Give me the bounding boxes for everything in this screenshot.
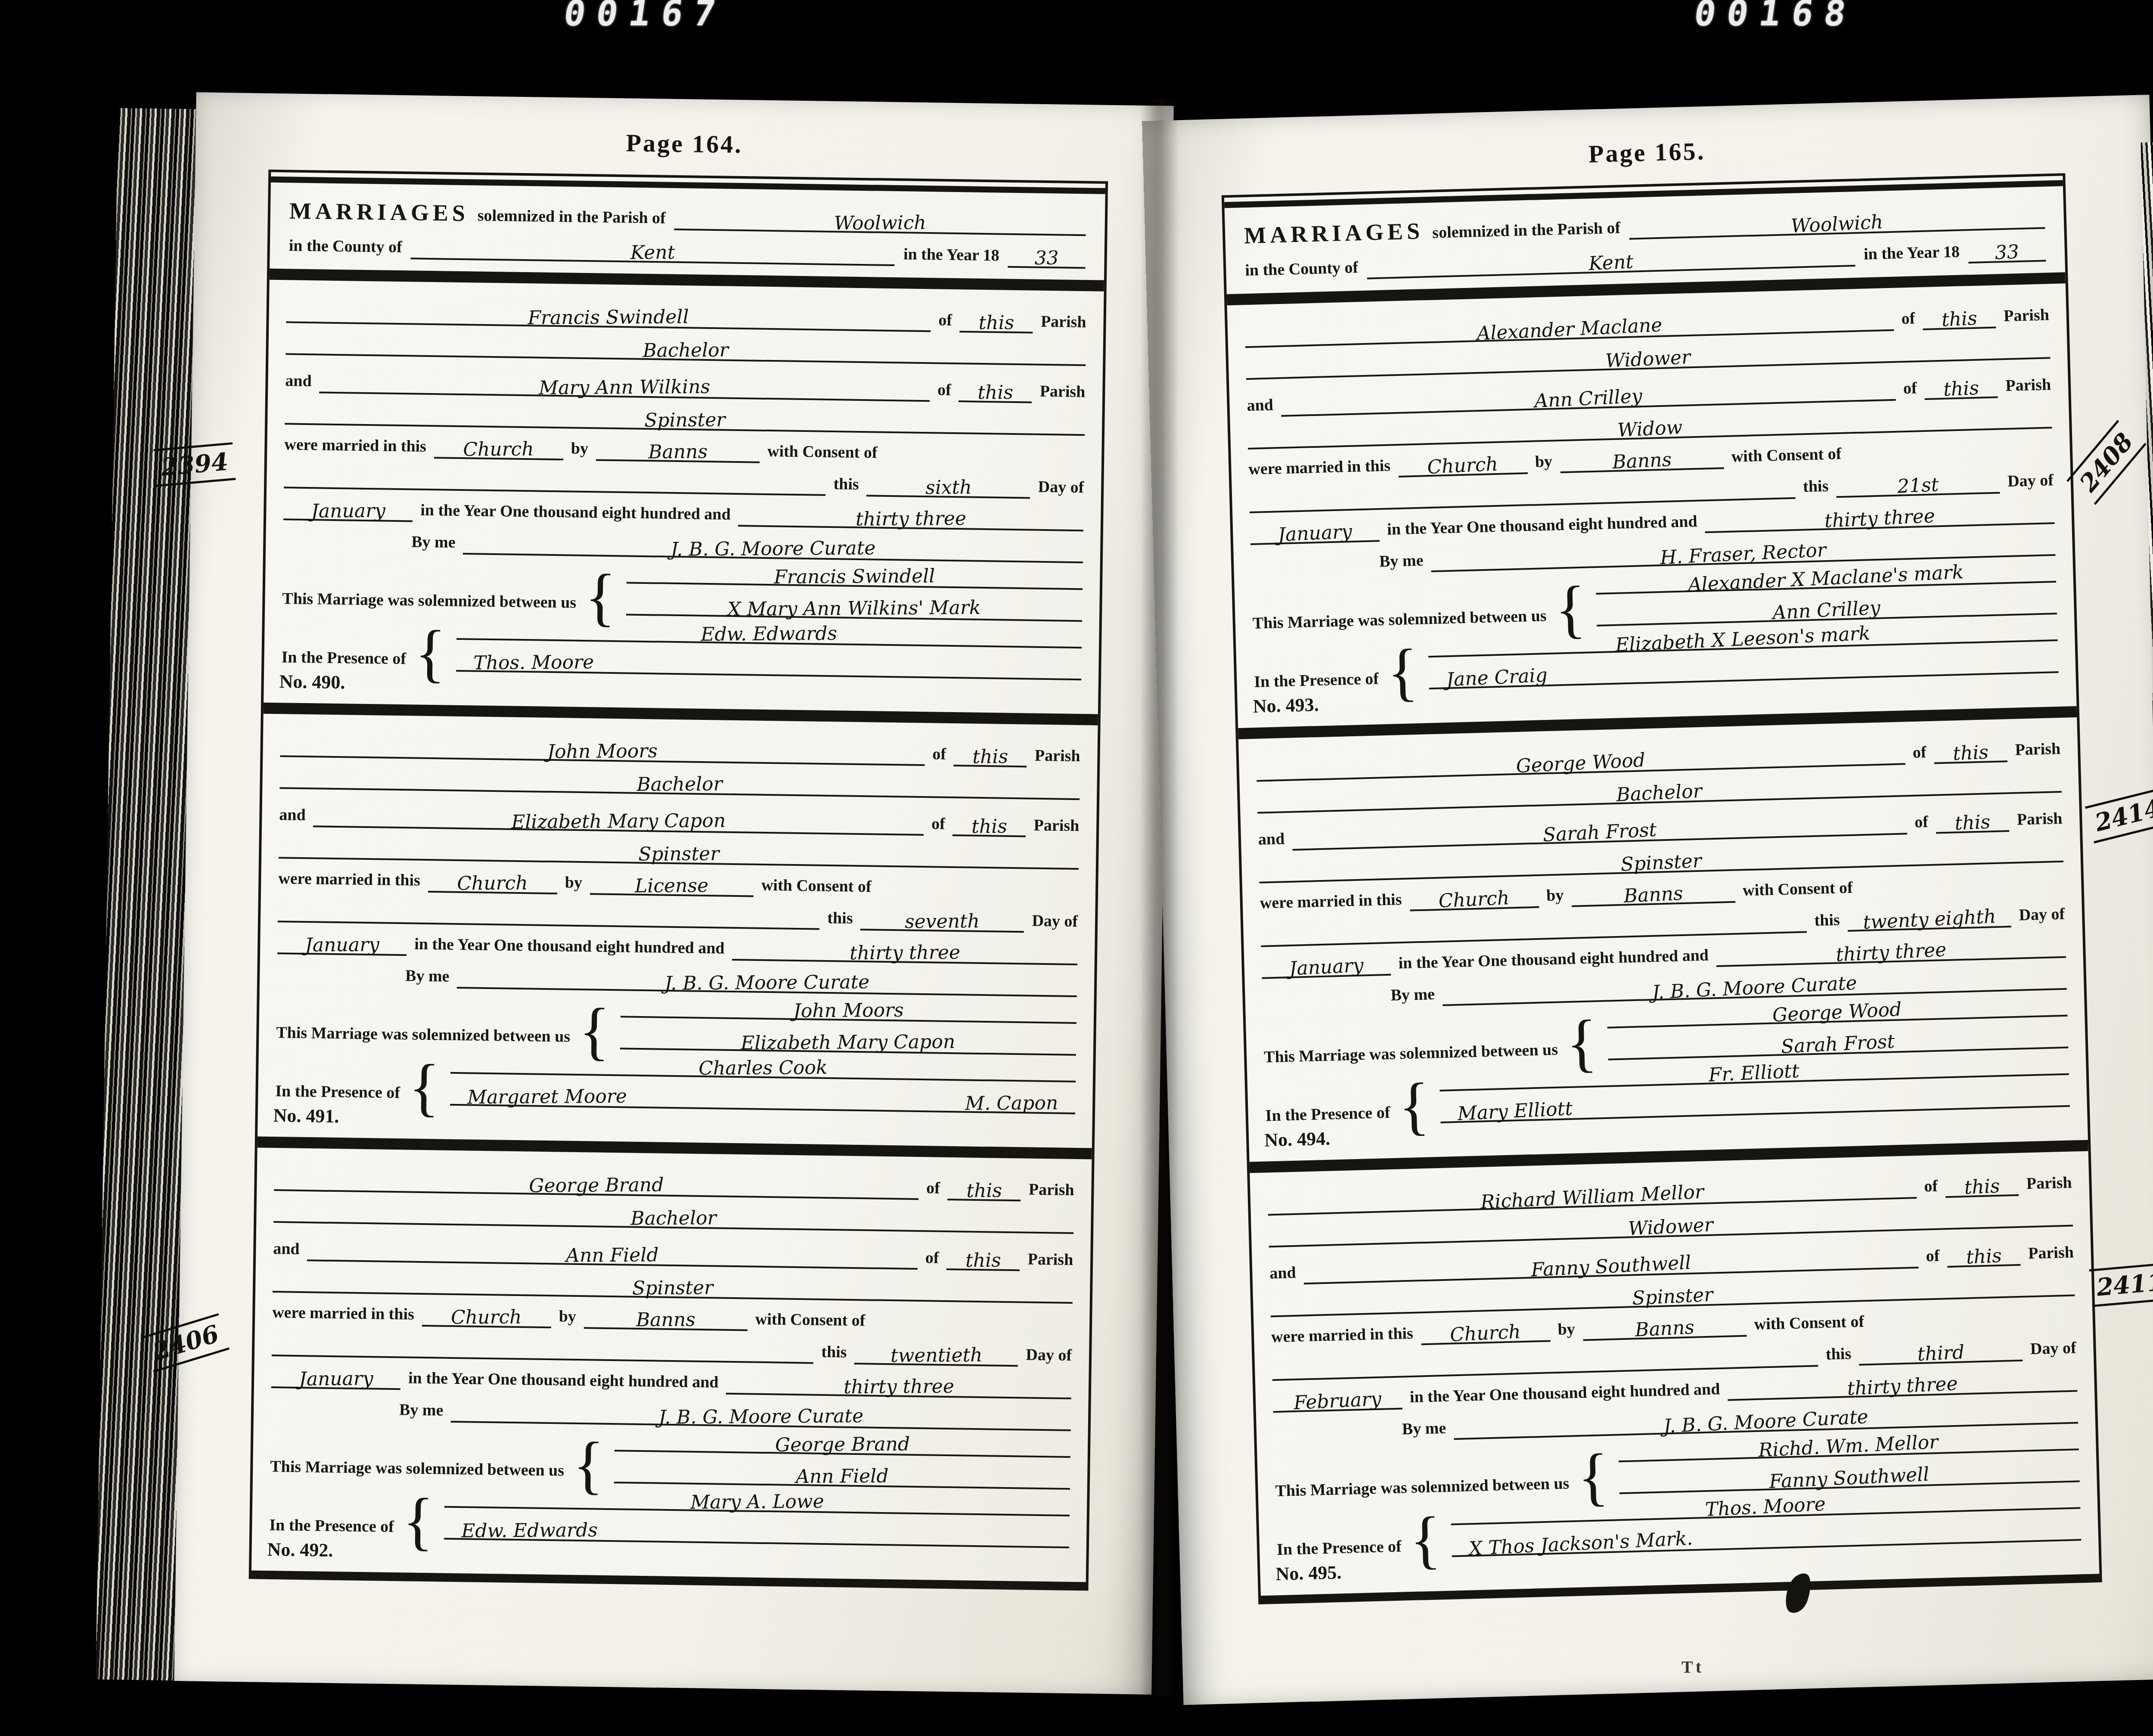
label-parish: Parish bbox=[1029, 1180, 1074, 1202]
marriage-month: January bbox=[1277, 521, 1353, 546]
label-in-presence: In the Presence of bbox=[1254, 669, 1379, 694]
margin-number-2411: 2411 bbox=[2089, 1262, 2153, 1307]
register-page-164: Page 164. MARRIAGES solemnized in the Pa… bbox=[174, 92, 1173, 1694]
marriage-day: third bbox=[1917, 1341, 1965, 1365]
label-were-married: were married in this bbox=[1248, 456, 1391, 481]
label-solemnized: solemnized in the Parish of bbox=[478, 206, 666, 230]
label-marriages: MARRIAGES bbox=[1244, 217, 1424, 250]
married-in-blank: Church bbox=[434, 437, 564, 460]
groom-signature: George Brand bbox=[775, 1433, 910, 1456]
label-in-presence: In the Presence of bbox=[1265, 1103, 1390, 1128]
witnesses-row: In the Presence of { Edw. Edwards Thos. … bbox=[281, 611, 1082, 680]
register-header: MARRIAGES solemnized in the Parish of Wo… bbox=[270, 183, 1105, 280]
label-were-married: were married in this bbox=[278, 869, 420, 893]
marriage-entry: George Brand of this Parish Bachelor and… bbox=[251, 1137, 1092, 1582]
year-blank: 33 bbox=[1008, 247, 1086, 269]
married-by: Banns bbox=[1612, 449, 1672, 473]
parish-blank: Woolwich bbox=[1629, 208, 2045, 239]
label-year: in the Year 18 bbox=[1864, 242, 1960, 267]
married-by: Banns bbox=[1635, 1316, 1695, 1341]
marriage-month: January bbox=[311, 500, 385, 522]
groom-name: George Brand bbox=[529, 1174, 664, 1197]
label-and: and bbox=[1258, 829, 1285, 852]
day-blank: seventh bbox=[860, 909, 1024, 933]
parish-name: Woolwich bbox=[834, 212, 926, 234]
county-blank: Kent bbox=[1367, 245, 1855, 279]
label-county: in the County of bbox=[289, 236, 403, 259]
bride-condition: Widow bbox=[1617, 416, 1683, 441]
married-by-blank: Banns bbox=[596, 440, 760, 463]
page-title: Page 165. bbox=[1143, 125, 2151, 180]
witness-2-blank: Edw. Edwards bbox=[444, 1513, 1070, 1548]
margin-number-2394: 2394 bbox=[154, 442, 236, 487]
bride-parish: this bbox=[977, 381, 1013, 404]
entry-number: No. 495. bbox=[1275, 1561, 1342, 1587]
married-in: Church bbox=[1438, 887, 1510, 912]
label-parish: Parish bbox=[2028, 1243, 2074, 1266]
day-blank: sixth bbox=[866, 475, 1030, 499]
marriage-month: January bbox=[1288, 955, 1364, 980]
label-parish: Parish bbox=[2016, 809, 2063, 832]
couple-signatures: Francis Swindell X Mary Ann Wilkins' Mar… bbox=[626, 557, 1083, 622]
groom-condition: Widower bbox=[1605, 346, 1691, 372]
label-and: and bbox=[279, 805, 306, 827]
witnesses-row: In the Presence of { Charles Cook Margar… bbox=[275, 1045, 1076, 1114]
entry-number: No. 493. bbox=[1253, 694, 1319, 720]
groom-condition: Bachelor bbox=[1616, 780, 1703, 806]
marriage-day: sixth bbox=[925, 476, 972, 499]
label-parish: Parish bbox=[1033, 816, 1079, 838]
label-this: this bbox=[1825, 1344, 1851, 1367]
label-of: of bbox=[1914, 812, 1929, 834]
brace-glyph: { bbox=[573, 1440, 605, 1489]
bride-parish: this bbox=[965, 1249, 1001, 1272]
groom-parish-blank: this bbox=[1945, 1175, 2019, 1198]
bride-name: Elizabeth Mary Capon bbox=[511, 809, 726, 833]
label-by-me: By me bbox=[1402, 1419, 1446, 1441]
married-by: Banns bbox=[648, 441, 707, 463]
catchword: Tt bbox=[1681, 1657, 1704, 1677]
label-of: of bbox=[938, 310, 952, 332]
brace-glyph: { bbox=[1387, 647, 1419, 696]
groom-parish: this bbox=[1941, 307, 1978, 331]
groom-name: Francis Swindell bbox=[528, 306, 689, 329]
marriage-entry: Richard William Mellor of this Parish Wi… bbox=[1250, 1140, 2100, 1596]
brace-glyph: { bbox=[579, 1006, 611, 1055]
register-page-165: Page 165. MARRIAGES solemnized in the Pa… bbox=[1142, 95, 2153, 1705]
label-with-consent: with Consent of bbox=[755, 1310, 866, 1333]
header-line-1: MARRIAGES solemnized in the Parish of Wo… bbox=[289, 197, 1086, 236]
marriage-month: January bbox=[305, 934, 379, 956]
header-line-1: MARRIAGES solemnized in the Parish of Wo… bbox=[1244, 201, 2045, 250]
label-of: of bbox=[1924, 1177, 1938, 1199]
month-blank: January bbox=[1261, 955, 1391, 979]
witness-signatures: Mary A. Lowe Edw. Edwards bbox=[444, 1481, 1070, 1548]
married-by-blank: License bbox=[590, 874, 754, 897]
label-with-consent: with Consent of bbox=[761, 876, 872, 899]
county-name: Kent bbox=[1588, 251, 1634, 275]
label-with-consent: with Consent of bbox=[1731, 444, 1842, 469]
married-by-blank: Banns bbox=[1560, 448, 1724, 473]
entry-number: No. 492. bbox=[267, 1538, 333, 1564]
witness-1-signature: Elizabeth X Leeson's mark bbox=[1615, 622, 1871, 656]
marriage-entry: George Wood of this Parish Bachelor and … bbox=[1238, 706, 2088, 1162]
entries-column: Francis Swindell of this Parish Bachelor… bbox=[251, 280, 1104, 1582]
label-and: and bbox=[1247, 396, 1274, 418]
groom-signature: John Moors bbox=[793, 999, 904, 1022]
label-day-of: Day of bbox=[1026, 1345, 1072, 1367]
married-by: Banns bbox=[636, 1308, 695, 1331]
groom-parish-blank: this bbox=[1923, 307, 1996, 330]
label-of: of bbox=[925, 1248, 939, 1270]
label-by: by bbox=[571, 439, 589, 461]
year-value: 33 bbox=[1995, 241, 2020, 264]
groom-condition: Bachelor bbox=[631, 1207, 717, 1229]
label-by-me: By me bbox=[405, 966, 450, 988]
groom-signature: Francis Swindell bbox=[774, 565, 935, 588]
bride-signature: Elizabeth Mary Capon bbox=[741, 1031, 956, 1054]
married-in: Church bbox=[451, 1306, 522, 1328]
witness-signatures: Charles Cook Margaret MooreM. Capon bbox=[450, 1047, 1076, 1114]
label-by-me: By me bbox=[1379, 551, 1424, 574]
label-this: this bbox=[821, 1342, 847, 1364]
frame-counter-right: 00168 bbox=[1691, 0, 1859, 34]
bride-condition: Spinster bbox=[632, 1277, 713, 1299]
couple-signatures: George Brand Ann Field bbox=[614, 1425, 1071, 1490]
label-in-presence: In the Presence of bbox=[281, 648, 406, 671]
marriage-day: twentieth bbox=[890, 1344, 983, 1367]
month-blank: January bbox=[277, 933, 407, 956]
bride-parish-blank: this bbox=[1936, 811, 2009, 834]
groom-condition: Widower bbox=[1628, 1214, 1714, 1240]
label-of: of bbox=[1903, 378, 1917, 400]
label-with-consent: with Consent of bbox=[1754, 1312, 1864, 1336]
month-blank: January bbox=[271, 1367, 401, 1390]
label-were-married: were married in this bbox=[284, 435, 426, 459]
register-form-box: MARRIAGES solemnized in the Parish of Wo… bbox=[1222, 173, 2102, 1604]
brace-glyph: { bbox=[408, 1063, 440, 1111]
parish-name: Woolwich bbox=[1790, 211, 1883, 237]
brace-glyph: { bbox=[1577, 1452, 1609, 1501]
bride-condition: Spinster bbox=[638, 843, 719, 865]
margin-number-text: 2394 bbox=[160, 447, 229, 481]
month-blank: January bbox=[1250, 521, 1380, 545]
margin-number-text: 2411 bbox=[2095, 1268, 2153, 1302]
married-in: Church bbox=[1450, 1321, 1522, 1346]
witness-1-signature: Charles Cook bbox=[698, 1057, 828, 1079]
married-by: License bbox=[635, 874, 708, 897]
frame-counter-left: 00167 bbox=[561, 0, 729, 34]
label-parish: Parish bbox=[2015, 739, 2061, 762]
bride-condition: Spinster bbox=[644, 409, 725, 431]
couple-signatures: John Moors Elizabeth Mary Capon bbox=[620, 991, 1077, 1056]
label-year-sentence: in the Year One thousand eight hundred a… bbox=[414, 935, 725, 961]
label-were-married: were married in this bbox=[1260, 890, 1402, 915]
brace-glyph: { bbox=[1409, 1515, 1442, 1564]
parish-blank: Woolwich bbox=[674, 209, 1086, 236]
brace-glyph: { bbox=[414, 629, 446, 677]
year-words: thirty three bbox=[844, 1376, 954, 1398]
year-words: thirty three bbox=[850, 942, 960, 964]
witness-1-signature: Thos. Moore bbox=[1705, 1493, 1826, 1521]
bride-condition: Spinster bbox=[1620, 850, 1702, 876]
label-solemnized-between: This Marriage was solemnized between us bbox=[270, 1457, 565, 1483]
label-of: of bbox=[932, 744, 946, 766]
label-of: of bbox=[937, 380, 951, 402]
witness-2-blank: Margaret MooreM. Capon bbox=[450, 1079, 1076, 1114]
label-parish: Parish bbox=[2004, 305, 2050, 328]
bride-parish-blank: this bbox=[1947, 1245, 2021, 1268]
label-by-me: By me bbox=[1390, 985, 1435, 1008]
label-and: and bbox=[273, 1239, 300, 1261]
label-by-me: By me bbox=[411, 532, 456, 554]
microfilm-scan: { "scan": { "frame_counter_left": "00167… bbox=[0, 0, 2153, 1736]
bride-name: Ann Field bbox=[566, 1244, 659, 1267]
groom-parish-blank: this bbox=[1934, 741, 2007, 764]
witness-extra-signature: M. Capon bbox=[965, 1092, 1058, 1115]
marriage-month: January bbox=[299, 1368, 373, 1390]
groom-parish: this bbox=[966, 1180, 1002, 1202]
marriage-entry: Alexander Maclane of this Parish Widower… bbox=[1227, 283, 2077, 728]
year-blank: 33 bbox=[1968, 240, 2046, 263]
officiant-signature: J. B. G. Moore Curate bbox=[664, 971, 869, 994]
label-by: by bbox=[1535, 452, 1552, 474]
label-and: and bbox=[1269, 1263, 1297, 1286]
witness-2-signature: Mary Elliott bbox=[1457, 1097, 1573, 1125]
label-solemnized-between: This Marriage was solemnized between us bbox=[276, 1023, 571, 1049]
groom-parish-blank: this bbox=[954, 745, 1027, 767]
groom-parish: this bbox=[972, 746, 1008, 768]
page-title: Page 164. bbox=[195, 122, 1173, 165]
groom-parish: this bbox=[1964, 1175, 2001, 1199]
witness-1-signature: Mary A. Lowe bbox=[690, 1491, 824, 1513]
brace-glyph: { bbox=[1554, 584, 1587, 633]
entry-number: No. 494. bbox=[1264, 1128, 1331, 1154]
label-parish: Parish bbox=[1041, 312, 1086, 334]
officiant-signature: J. B. G. Moore Curate bbox=[670, 537, 875, 560]
groom-parish-blank: this bbox=[960, 311, 1033, 333]
day-blank: 21st bbox=[1836, 472, 2000, 498]
label-and: and bbox=[285, 371, 312, 393]
label-this: this bbox=[827, 908, 853, 930]
label-this: this bbox=[1803, 477, 1829, 499]
married-in-blank: Church bbox=[422, 1305, 552, 1328]
married-in-blank: Church bbox=[1398, 453, 1527, 477]
header-line-2: in the County of Kent in the Year 18 33 bbox=[289, 236, 1086, 269]
marriage-day: seventh bbox=[905, 910, 980, 933]
groom-parish: this bbox=[1952, 741, 1989, 765]
label-day-of: Day of bbox=[2007, 471, 2054, 493]
witness-1-signature: Fr. Elliott bbox=[1708, 1060, 1800, 1086]
bride-parish-blank: this bbox=[959, 381, 1032, 403]
married-in-blank: Church bbox=[1409, 887, 1539, 911]
brace-glyph: { bbox=[585, 573, 617, 621]
label-were-married: were married in this bbox=[1271, 1324, 1414, 1349]
label-this: this bbox=[1814, 910, 1840, 933]
entry-number: No. 490. bbox=[279, 670, 345, 696]
label-in-presence: In the Presence of bbox=[269, 1516, 394, 1539]
groom-name: John Moors bbox=[547, 740, 658, 763]
month-blank: January bbox=[283, 499, 413, 522]
brace-glyph: { bbox=[1398, 1081, 1430, 1130]
label-of: of bbox=[926, 1178, 940, 1200]
label-parish: Parish bbox=[1039, 382, 1085, 404]
witness-2-blank: Thos. Moore bbox=[456, 645, 1082, 680]
witness-1-signature: Edw. Edwards bbox=[701, 623, 838, 645]
witness-2-signature: Jane Craig bbox=[1446, 664, 1548, 691]
label-marriages: MARRIAGES bbox=[289, 197, 469, 227]
county-name: Kent bbox=[630, 242, 675, 264]
county-blank: Kent bbox=[410, 238, 895, 266]
label-were-married: were married in this bbox=[272, 1303, 414, 1327]
officiant-signature: J. B. G. Moore Curate bbox=[658, 1405, 863, 1428]
groom-condition: Bachelor bbox=[643, 339, 729, 362]
married-in-blank: Church bbox=[1421, 1321, 1550, 1345]
married-in: Church bbox=[1427, 453, 1499, 478]
label-county: in the County of bbox=[1245, 258, 1359, 282]
marriage-entry: Francis Swindell of this Parish Bachelor… bbox=[264, 280, 1104, 714]
label-parish: Parish bbox=[2005, 375, 2051, 398]
bride-signature: Ann Field bbox=[796, 1465, 889, 1488]
label-by: by bbox=[565, 873, 583, 895]
label-by: by bbox=[1546, 886, 1564, 908]
married-by: Banns bbox=[1623, 883, 1683, 907]
label-with-consent: with Consent of bbox=[1743, 878, 1853, 903]
witness-2-signature: Margaret Moore bbox=[467, 1085, 627, 1109]
groom-signature: Richd. Wm. Mellor bbox=[1758, 1431, 1939, 1462]
label-day-of: Day of bbox=[1038, 477, 1084, 499]
groom-condition: Bachelor bbox=[637, 773, 723, 795]
couple-signatures-row: This Marriage was solemnized between us … bbox=[276, 986, 1077, 1056]
groom-parish-blank: this bbox=[948, 1179, 1021, 1201]
label-of: of bbox=[1926, 1246, 1940, 1268]
bride-name: Mary Ann Wilkins bbox=[539, 376, 710, 399]
bride-parish: this bbox=[1954, 811, 1991, 834]
label-day-of: Day of bbox=[1032, 911, 1078, 933]
bride-parish: this bbox=[971, 815, 1007, 838]
label-year: in the Year 18 bbox=[903, 245, 999, 267]
label-parish: Parish bbox=[1035, 746, 1080, 768]
label-solemnized: solemnized in the Parish of bbox=[1432, 218, 1621, 245]
register-form-box: MARRIAGES solemnized in the Parish of Wo… bbox=[249, 170, 1108, 1591]
label-in-presence: In the Presence of bbox=[275, 1082, 400, 1105]
month-blank: February bbox=[1273, 1388, 1402, 1413]
married-by-blank: Banns bbox=[584, 1308, 748, 1331]
brace-glyph: { bbox=[1566, 1018, 1598, 1067]
bride-condition: Spinster bbox=[1632, 1284, 1713, 1310]
label-in-presence: In the Presence of bbox=[1277, 1537, 1402, 1562]
bride-parish-blank: this bbox=[952, 815, 1026, 837]
witness-signatures: Edw. Edwards Thos. Moore bbox=[456, 613, 1082, 680]
label-parish: Parish bbox=[2026, 1173, 2072, 1196]
witnesses-row: In the Presence of { Mary A. Lowe Edw. E… bbox=[269, 1479, 1070, 1548]
label-parish: Parish bbox=[1027, 1250, 1073, 1272]
married-by-blank: Banns bbox=[1582, 1315, 1747, 1341]
label-year-sentence: in the Year One thousand eight hundred a… bbox=[408, 1369, 719, 1395]
label-of: of bbox=[931, 814, 945, 836]
label-solemnized-between: This Marriage was solemnized between us bbox=[282, 589, 577, 615]
married-in-blank: Church bbox=[428, 871, 558, 894]
marriage-entry: John Moors of this Parish Bachelor and E… bbox=[257, 703, 1098, 1148]
label-day-of: Day of bbox=[2030, 1338, 2076, 1361]
witness-2-signature: Edw. Edwards bbox=[461, 1519, 598, 1542]
label-this: this bbox=[833, 474, 859, 496]
married-in: Church bbox=[463, 438, 534, 461]
bride-parish: this bbox=[1943, 377, 1979, 401]
married-in: Church bbox=[457, 872, 528, 895]
bride-parish-blank: this bbox=[946, 1249, 1020, 1271]
day-blank: twentieth bbox=[854, 1343, 1018, 1367]
groom-signature: Alexander X Maclane's mark bbox=[1688, 561, 1964, 596]
bride-signature: X Mary Ann Wilkins' Mark bbox=[727, 597, 981, 620]
bride-parish-blank: this bbox=[1924, 377, 1998, 400]
day-blank: twenty eighth bbox=[1847, 906, 2011, 932]
label-of: of bbox=[1912, 743, 1927, 765]
book-spine bbox=[1140, 99, 1179, 1696]
married-by-blank: Banns bbox=[1571, 882, 1735, 907]
marriage-month: February bbox=[1293, 1388, 1382, 1414]
entry-number: No. 491. bbox=[273, 1104, 339, 1130]
day-blank: third bbox=[1859, 1340, 2023, 1366]
couple-signatures-row: This Marriage was solemnized between us … bbox=[270, 1420, 1071, 1490]
year-value: 33 bbox=[1035, 247, 1059, 269]
witness-2-signature: X Thos Jackson's Mark. bbox=[1468, 1528, 1693, 1560]
label-by: by bbox=[1557, 1320, 1575, 1342]
couple-signatures-row: This Marriage was solemnized between us … bbox=[282, 552, 1083, 622]
brace-glyph: { bbox=[402, 1497, 434, 1545]
year-words: thirty three bbox=[856, 508, 966, 530]
witness-2-signature: Thos. Moore bbox=[473, 651, 594, 674]
groom-signature: George Wood bbox=[1772, 998, 1902, 1026]
entries-column: Alexander Maclane of this Parish Widower… bbox=[1227, 283, 2100, 1596]
label-with-consent: with Consent of bbox=[767, 442, 878, 465]
label-by-me: By me bbox=[399, 1400, 444, 1422]
label-day-of: Day of bbox=[2019, 905, 2065, 927]
marriage-day: 21st bbox=[1897, 474, 1939, 497]
bride-parish: this bbox=[1966, 1245, 2002, 1268]
label-year-sentence: in the Year One thousand eight hundred a… bbox=[420, 501, 731, 527]
label-of: of bbox=[1901, 309, 1915, 331]
groom-parish: this bbox=[978, 312, 1014, 334]
label-by: by bbox=[558, 1307, 576, 1329]
